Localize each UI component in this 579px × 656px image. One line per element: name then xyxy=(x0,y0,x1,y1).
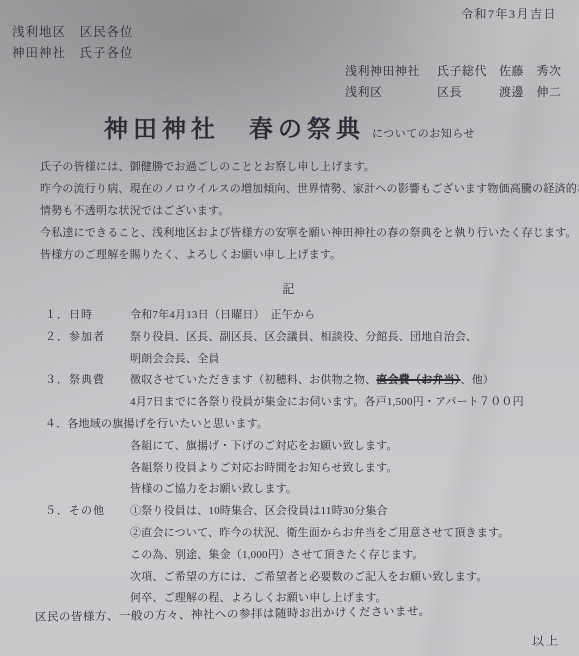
item-flag-row: ４．各地域の旗揚げを行いたいと思います。 xyxy=(45,417,571,439)
record-marker: 記 xyxy=(0,281,579,297)
sender-row: 浅利神田神社 氏子総代 佐藤 秀次 xyxy=(345,63,562,84)
item-label: ２．参加者 xyxy=(45,330,130,352)
item-label: ５．その他 xyxy=(45,504,130,526)
item-participants-row: 明朗会会長、全員 xyxy=(45,352,571,374)
label-spacer xyxy=(45,395,130,417)
sender-block: 浅利神田神社 氏子総代 佐藤 秀次 浅利区 区長 渡邊 伸二 xyxy=(345,63,562,105)
fee-text-pre: 徴収させていただきます（初穂料、お供物之物、 xyxy=(130,374,376,386)
label-spacer xyxy=(45,439,130,461)
sender-row: 浅利区 区長 渡邊 伸二 xyxy=(345,84,562,105)
addressee-block: 浅利地区 区民各位 神田神社 氏子各位 xyxy=(12,24,134,66)
item-flag-row: 各組祭り役員よりご対応お時間をお知らせ致します。 xyxy=(45,461,571,483)
item-text: ４．各地域の旗揚げを行いたいと思います。 xyxy=(45,417,571,439)
item-text: 明朗会会長、全員 xyxy=(130,352,571,374)
title-main: 神田神社 春の祭典 xyxy=(104,117,365,143)
item-datetime-row: １．日時 令和7年4月13日（日曜日） 正午から xyxy=(45,308,571,330)
issue-date: 令和7年3月吉日 xyxy=(461,6,557,22)
title-sub: についてのお知らせ xyxy=(372,128,475,140)
item-text: 次項、ご希望の方には、ご希望者と必要数のご記入をお願い致します。 xyxy=(130,570,571,592)
body-line: 昨今の流行り病、現在のノロウイルスの増加傾向、世界情勢、家計への影響もございます… xyxy=(40,182,579,204)
document-title: 神田神社 春の祭典についてのお知らせ xyxy=(0,114,579,146)
sender-org: 浅利神田神社 xyxy=(345,63,437,84)
body-line: 情勢も不透明な状況ではございます。 xyxy=(40,204,579,226)
label-spacer xyxy=(45,570,130,592)
item-text: 令和7年4月13日（日曜日） 正午から xyxy=(130,308,571,330)
item-text: 各組祭り役員よりご対応お時間をお知らせ致します。 xyxy=(130,461,571,483)
label-spacer xyxy=(45,548,130,570)
item-flag-row: 各組にて、旗揚げ・下げのご対応をお願い致します。 xyxy=(45,439,571,461)
item-text: 徴収させていただきます（初穂料、お供物之物、直会費（お弁当）、他） xyxy=(130,373,571,395)
item-text: 各組にて、旗揚げ・下げのご対応をお願い致します。 xyxy=(130,439,571,461)
item-other-row: 次項、ご希望の方には、ご希望者と必要数のご記入をお願い致します。 xyxy=(45,570,571,592)
item-other-row: この為、別途、集金（1,000円）させて頂きたく存じます。 xyxy=(45,548,571,570)
body-line: 氏子の皆様には、御健勝でお過ごしのこととお察し申し上げます。 xyxy=(40,160,579,182)
item-text: 4月7日までに各祭り役員が集金にお伺います。各戸1,500円・アパート７００円 xyxy=(130,395,571,417)
item-text: ②直会について、昨今の状況、衛生面からお弁当をご用意させて頂きます。 xyxy=(130,526,571,548)
item-text: 祭り役員、区長、副区長、区会議員、相談役、分館長、団地自治会、 xyxy=(130,330,571,352)
item-label: ３．祭典費 xyxy=(45,373,130,395)
item-fee-row: 4月7日までに各祭り役員が集金にお伺います。各戸1,500円・アパート７００円 xyxy=(45,395,571,417)
sender-role: 氏子総代 xyxy=(437,63,499,84)
item-flag-row: 皆様のご協力をお願い致します。 xyxy=(45,482,571,504)
notice-items: １．日時 令和7年4月13日（日曜日） 正午から ２．参加者 祭り役員、区長、副… xyxy=(45,308,571,613)
addressee-line: 浅利地区 区民各位 xyxy=(12,24,134,45)
item-text: この為、別途、集金（1,000円）させて頂きたく存じます。 xyxy=(130,548,571,570)
item-text: 皆様のご協力をお願い致します。 xyxy=(130,482,571,504)
addressee-line: 神田神社 氏子各位 xyxy=(12,45,134,66)
item-label: １．日時 xyxy=(45,308,130,330)
sender-name: 渡邊 伸二 xyxy=(499,84,562,105)
item-other-row: ５．その他 ①祭り役員は、10時集合、区会役員は11時30分集合 xyxy=(45,504,571,526)
body-line: 今私達にできること、浅利地区および皆様方の安寧を願い神田神社の春の祭典をと執り行… xyxy=(40,226,579,248)
body-paragraph: 氏子の皆様には、御健勝でお過ごしのこととお察し申し上げます。 昨今の流行り病、現… xyxy=(40,160,579,270)
item-fee-row: ３．祭典費 徴収させていただきます（初穂料、お供物之物、直会費（お弁当）、他） xyxy=(45,373,571,395)
label-spacer xyxy=(45,482,130,504)
struck-text: 直会費（お弁当） xyxy=(376,374,460,386)
document-photo: 令和7年3月吉日 浅利地区 区民各位 神田神社 氏子各位 浅利神田神社 氏子総代… xyxy=(0,0,579,656)
sender-role: 区長 xyxy=(437,84,499,105)
fee-text-post: 、他） xyxy=(461,374,495,386)
closing-mark: 以上 xyxy=(532,633,560,650)
sender-name: 佐藤 秀次 xyxy=(499,63,562,84)
item-text: ①祭り役員は、10時集合、区会役員は11時30分集合 xyxy=(130,504,571,526)
body-line: 皆様方のご理解を賜りたく、よろしくお願い申し上げます。 xyxy=(40,248,579,270)
sender-org: 浅利区 xyxy=(345,84,437,105)
item-other-row: ②直会について、昨今の状況、衛生面からお弁当をご用意させて頂きます。 xyxy=(45,526,571,548)
item-participants-row: ２．参加者 祭り役員、区長、副区長、区会議員、相談役、分館長、団地自治会、 xyxy=(45,330,571,352)
label-spacer xyxy=(45,461,130,483)
label-spacer xyxy=(45,526,130,548)
label-spacer xyxy=(45,352,130,374)
